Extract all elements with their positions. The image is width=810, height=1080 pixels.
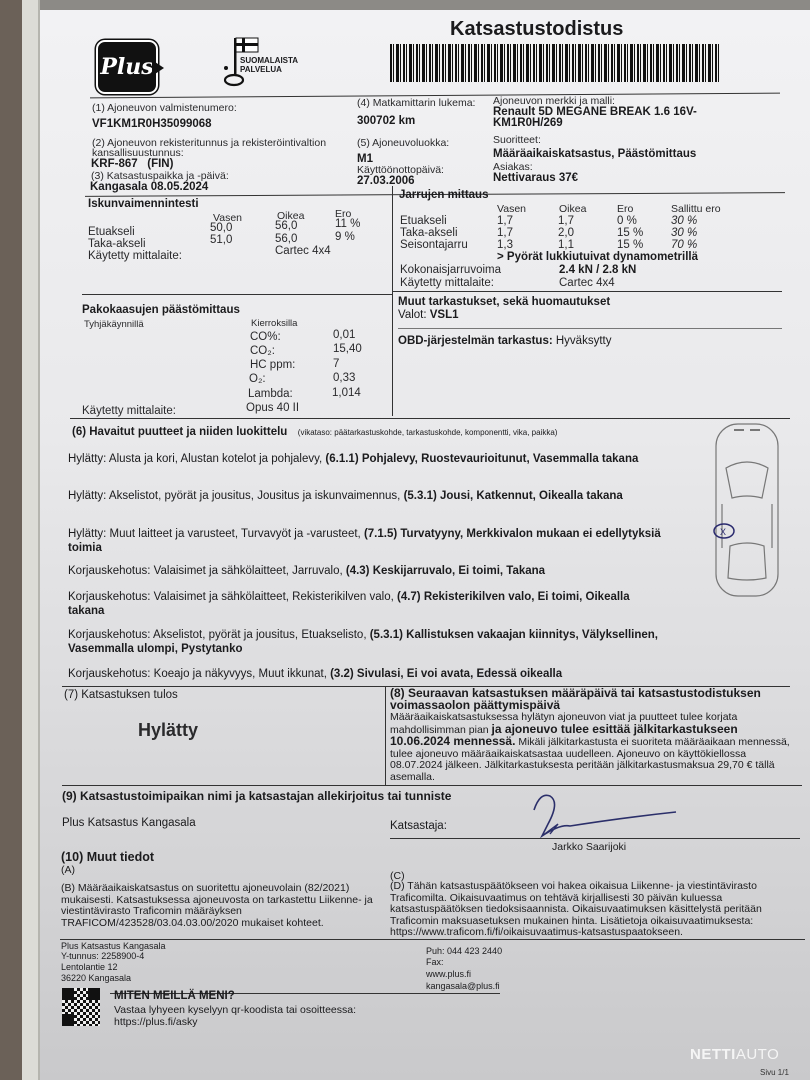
defect-level: Korjauskehotus <box>68 591 147 603</box>
defect-item: Korjauskehotus: Koeajo ja näkyvyys, Muut… <box>68 667 668 681</box>
signature-title: (9) Katsastustoimipaikan nimi ja katsast… <box>62 789 451 803</box>
emission-label: O₂: <box>249 373 266 385</box>
reg-value: KRF-867 (FIN) <box>91 158 173 170</box>
shock-device-value: Cartec 4x4 <box>275 245 331 257</box>
lights-row: Valot: VSL1 <box>398 309 459 321</box>
divider <box>62 785 802 786</box>
brake-row-diff: 15 % <box>617 239 643 251</box>
defects-title: (6) Havaitut puutteet ja niiden luokitte… <box>72 426 287 438</box>
obd-value: Hyväksytty <box>556 335 612 347</box>
inspector-label: Katsastaja: <box>390 820 447 832</box>
next-inspection-title: (8) Seuraavan katsastuksen määräpäivä ta… <box>390 688 790 711</box>
defect-level: Hylätty <box>68 528 103 540</box>
defect-level: Korjauskehotus <box>68 668 147 680</box>
badge-line2: PALVELUA <box>240 65 282 74</box>
page-title: Katsastustodistus <box>450 18 623 41</box>
brake-row-left: 1,7 <box>497 215 513 227</box>
watermark-bold: NETTI <box>690 1046 736 1063</box>
brake-row-label: Etuakseli <box>400 215 447 227</box>
services-value: Määräaikaiskatsastus, Päästömittaus <box>493 148 696 160</box>
shock-row-diff: 11 % <box>335 218 360 230</box>
survey-title: MITEN MEILLÄ MENI? <box>114 990 235 1002</box>
brake-row-left: 1,7 <box>497 227 513 239</box>
emission-label: HC ppm: <box>250 359 295 371</box>
brake-row-allowed: 30 % <box>671 227 697 239</box>
footer-fax: Fax: <box>426 957 444 967</box>
plus-logo-tail <box>152 60 164 76</box>
brake-test-title: Jarrujen mittaus <box>399 189 488 201</box>
result-value: Hylätty <box>138 720 198 741</box>
odometer-label: (4) Matkamittarin lukema: <box>357 97 475 109</box>
divider <box>60 939 805 940</box>
shock-test-title: Iskunvaimennintesti <box>88 198 199 210</box>
badge-line1: SUOMALAISTA <box>240 56 298 65</box>
other-info-title: (10) Muut tiedot <box>61 850 154 864</box>
background-surface <box>0 0 22 1080</box>
other-info-a: (A) <box>61 864 75 876</box>
watermark-light: AUTO <box>736 1046 779 1063</box>
column-divider <box>392 186 393 416</box>
emission-value: 0,01 <box>333 329 355 341</box>
services-label: Suoritteet: <box>493 134 541 146</box>
survey-text: Vastaa lyhyeen kyselyyn qr-koodista tai … <box>114 1004 356 1016</box>
reg-label: (2) Ajoneuvon rekisteritunnus ja rekiste… <box>92 138 342 158</box>
emission-label: CO₂: <box>250 345 275 357</box>
station-name: Plus Katsastus Kangasala <box>62 817 196 829</box>
brake-row-label: Taka-akseli <box>400 227 458 239</box>
page-number: Sivu 1/1 <box>760 1068 789 1077</box>
brake-header-right: Oikea <box>559 203 586 215</box>
vin-label: (1) Ajoneuvon valmistenumero: <box>92 102 237 114</box>
emissions-device-label: Käytetty mittalaite: <box>82 405 176 417</box>
divider <box>70 418 790 419</box>
brake-row-right: 2,0 <box>558 227 574 239</box>
inspector-name: Jarkko Saarijoki <box>552 841 626 853</box>
other-info-b: (B) Määräaikaiskatsastus on suoritettu a… <box>61 883 386 929</box>
brake-header-diff: Ero <box>617 203 633 215</box>
obd-label: OBD-järjestelmän tarkastus: <box>398 335 553 347</box>
emissions-title: Pakokaasujen päästömittaus <box>82 304 240 316</box>
footer-phone: Puh: 044 423 2440 <box>426 946 502 956</box>
brake-row-diff: 15 % <box>617 227 643 239</box>
emission-value: 1,014 <box>332 387 361 399</box>
odometer-value: 300702 km <box>357 115 415 127</box>
defect-item: Korjauskehotus: Valaisimet ja sähkölaitt… <box>68 564 668 578</box>
defect-level: Hylätty <box>68 490 103 502</box>
result-title: (7) Katsastuksen tulos <box>64 689 178 701</box>
brake-header-left: Vasen <box>497 203 526 215</box>
survey-url[interactable]: https://plus.fi/asky <box>114 1016 197 1028</box>
place-value: Kangasala 08.05.2024 <box>90 181 208 193</box>
qr-code-icon[interactable] <box>62 988 100 1026</box>
emissions-rpm-label: Kierroksilla <box>251 318 297 329</box>
lights-label: Valot: <box>398 309 427 321</box>
emission-value: 0,33 <box>333 372 355 384</box>
shock-row-right: 56,0 <box>275 233 297 245</box>
defect-desc: : Koeajo ja näkyvyys, Muut ikkunat, <box>147 668 330 680</box>
emission-value: 15,40 <box>333 343 362 355</box>
footer-city: 36220 Kangasala <box>61 973 131 983</box>
plus-logo: Plus <box>96 40 158 94</box>
paper-stack-edge <box>22 0 40 1080</box>
defect-level: Korjauskehotus <box>68 629 147 641</box>
footer-business-id: Y-tunnus: 2258900-4 <box>61 951 144 961</box>
defect-desc: : Alusta ja kori, Alustan kotelot ja poh… <box>103 453 325 465</box>
defect-detail: (5.3.1) Jousi, Katkennut, Oikealla takan… <box>404 490 623 502</box>
brake-header-allowed: Sallittu ero <box>671 203 721 215</box>
other-checks-title: Muut tarkastukset, sekä huomautukset <box>398 296 610 308</box>
svg-text:X: X <box>720 527 726 537</box>
defect-detail: (4.3) Keskijarruvalo, Ei toimi, Takana <box>346 565 545 577</box>
brake-row-label: Seisontajarru <box>400 239 468 251</box>
emission-label: CO%: <box>250 331 281 343</box>
footer-web[interactable]: www.plus.fi <box>426 969 471 979</box>
divider <box>82 294 392 295</box>
defect-item: Hylätty: Akselistot, pyörät ja jousitus,… <box>68 489 668 503</box>
shock-row-label: Taka-akseli <box>88 238 146 250</box>
barcode <box>390 44 720 82</box>
footer-street: Lentolantie 12 <box>61 962 118 972</box>
class-label: (5) Ajoneuvoluokka: <box>357 137 449 149</box>
customer-value: Nettivaraus 37€ <box>493 172 578 184</box>
footer-company: Plus Katsastus Kangasala <box>61 941 166 951</box>
shock-row-left: 51,0 <box>210 234 232 246</box>
vin-value: VF1KM1R0H35099068 <box>92 118 212 130</box>
defect-desc: : Akselistot, pyörät ja jousitus, Etuaks… <box>147 629 369 641</box>
column-divider <box>385 686 386 786</box>
brake-row-diff: 0 % <box>617 215 637 227</box>
defect-desc: : Muut laitteet ja varusteet, Turvavyöt … <box>103 528 364 540</box>
shock-row-label: Etuakseli <box>88 226 135 238</box>
first-use-value: 27.03.2006 <box>357 175 415 187</box>
emissions-device-value: Opus 40 II <box>246 402 299 414</box>
brake-device-label: Käytetty mittalaite: <box>400 277 494 289</box>
defect-item: Hylätty: Alusta ja kori, Alustan kotelot… <box>68 452 668 466</box>
signature-scribble <box>530 790 680 840</box>
next-inspection-text: Määräaikaiskatsastuksessa hylätyn ajoneu… <box>390 712 790 783</box>
brake-device-value: Cartec 4x4 <box>559 277 615 289</box>
divider <box>398 328 782 329</box>
defect-detail: (6.1.1) Pohjalevy, Ruostevaurioitunut, V… <box>325 453 638 465</box>
signature-line <box>390 838 800 839</box>
defect-desc: : Valaisimet ja sähkölaitteet, Rekisteri… <box>147 591 397 603</box>
lights-value: VSL1 <box>430 309 459 321</box>
brake-total-value: 2.4 kN / 2.8 kN <box>559 264 636 276</box>
shock-row-diff: 9 % <box>335 231 355 243</box>
obd-row: OBD-järjestelmän tarkastus: Hyväksytty <box>398 335 611 347</box>
shock-row-right: 56,0 <box>275 220 297 232</box>
nettiauto-watermark: NETTIAUTO <box>690 1046 779 1063</box>
brake-row-right: 1,7 <box>558 215 574 227</box>
defect-item: Korjauskehotus: Valaisimet ja sähkölaitt… <box>68 590 668 618</box>
divider <box>392 291 782 292</box>
defect-desc: : Valaisimet ja sähkölaitteet, Jarruvalo… <box>147 565 346 577</box>
emission-value: 7 <box>333 358 339 370</box>
shock-device-label: Käytetty mittalaite: <box>88 250 182 262</box>
make-value-line2: KM1R0H/269 <box>493 117 563 129</box>
defect-desc: : Akselistot, pyörät ja jousitus, Jousit… <box>103 490 403 502</box>
brake-note: > Pyörät lukkiutuivat dynamometrillä <box>497 251 698 263</box>
defect-item: Korjauskehotus: Akselistot, pyörät ja jo… <box>68 628 668 656</box>
defect-level: Korjauskehotus <box>68 565 147 577</box>
defect-level: Hylätty <box>68 453 103 465</box>
defects-header: (6) Havaitut puutteet ja niiden luokitte… <box>72 422 557 440</box>
shock-row-left: 50,0 <box>210 222 232 234</box>
brake-row-allowed: 30 % <box>671 215 697 227</box>
defects-subtitle: (vikataso: päätarkastuskohde, tarkastusk… <box>298 428 558 437</box>
brake-row-left: 1,3 <box>497 239 513 251</box>
defect-item: Hylätty: Muut laitteet ja varusteet, Tur… <box>68 527 668 555</box>
other-info-d: (D) Tähän katsastuspäätökseen voi hakea … <box>390 881 802 939</box>
brake-row-right: 1,1 <box>558 239 574 251</box>
car-diagram-icon: X <box>700 418 790 603</box>
footer-email[interactable]: kangasala@plus.fi <box>426 981 500 991</box>
brake-total-label: Kokonaisjarruvoima <box>400 264 501 276</box>
emission-label: Lambda: <box>248 388 293 400</box>
defect-detail: (3.2) Sivulasi, Ei voi avata, Edessä oik… <box>330 668 562 680</box>
emissions-idle-label: Tyhjäkäynnillä <box>84 319 144 330</box>
brake-row-allowed: 70 % <box>671 239 697 251</box>
